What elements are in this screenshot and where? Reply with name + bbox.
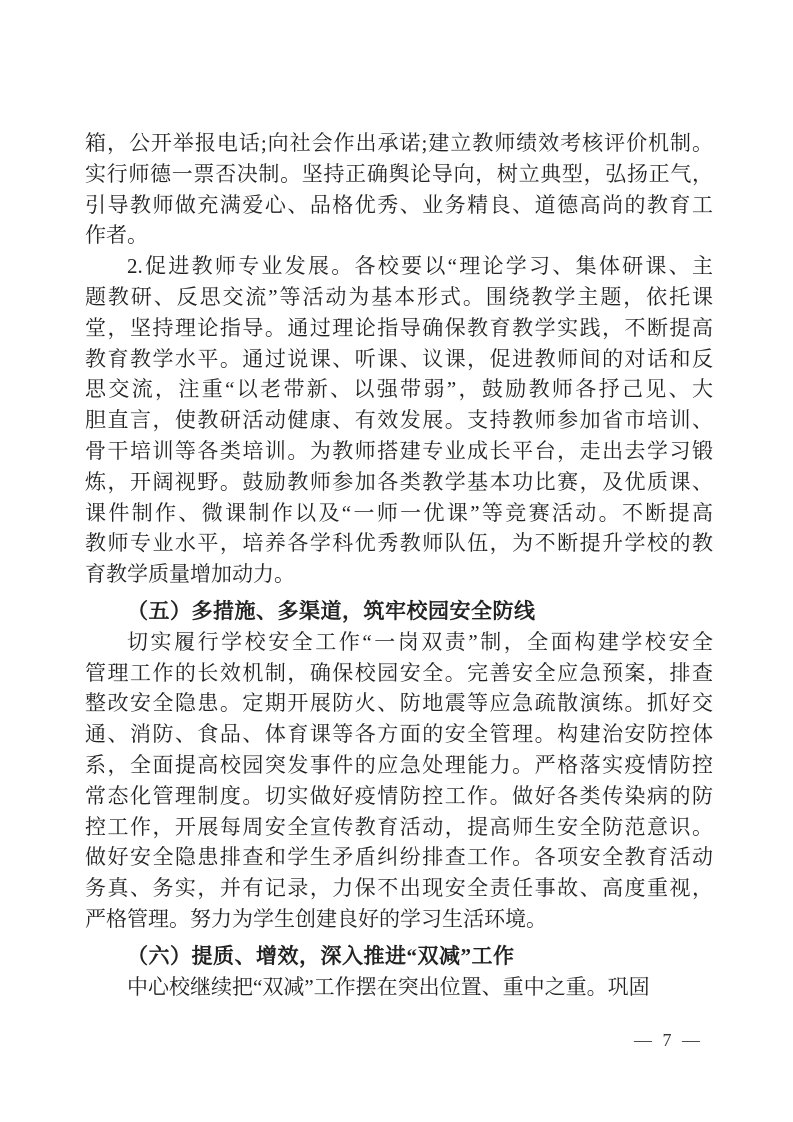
paragraph: 中心校继续把“双减”工作摆在突出位置、重中之重。巩固	[85, 972, 713, 1003]
text-line: 管理工作的长效机制，确保校园安全。完善安全应急预案，排查	[85, 658, 713, 689]
text-line: 整改安全隐患。定期开展防火、防地震等应急疏散演练。抓好交	[85, 688, 713, 719]
page-number: — 7 —	[634, 1030, 703, 1050]
text-line: 引导教师做充满爱心、品格优秀、业务精良、道德高尚的教育工	[85, 190, 713, 221]
text-line: 务真、务实，并有记录，力保不出现安全责任事故、高度重视，	[85, 873, 713, 904]
paragraph: 2.促进教师专业发展。各校要以“理论学习、集体研课、主题教研、反思交流”等活动为…	[85, 251, 713, 590]
text-line: 炼，开阔视野。鼓励教师参加各类教学基本功比赛，及优质课、	[85, 467, 713, 498]
document-body: 箱，公开举报电话;向社会作出承诺;建立教师绩效考核评价机制。实行师德一票否决制。…	[85, 128, 713, 1002]
text-line: 控工作，开展每周安全宣传教育活动，提高师生安全防范意识。	[85, 812, 713, 843]
text-line: 课件制作、微课制作以及“一师一优课”等竞赛活动。不断提高	[85, 498, 713, 529]
section-heading: （六）提质、增效，深入推进“双减”工作	[85, 941, 713, 972]
page-footer: — 7 —	[634, 1030, 703, 1051]
text-line: 常态化管理制度。切实做好疫情防控工作。做好各类传染病的防	[85, 781, 713, 812]
text-line: 2.促进教师专业发展。各校要以“理论学习、集体研课、主	[85, 251, 713, 282]
document-page: 箱，公开举报电话;向社会作出承诺;建立教师绩效考核评价机制。实行师德一票否决制。…	[0, 0, 793, 1122]
text-line: 育教学质量增加动力。	[85, 559, 713, 590]
text-line: （五）多措施、多渠道，筑牢校园安全防线	[85, 596, 713, 627]
text-line: 题教研、反思交流”等活动为基本形式。围绕教学主题，依托课	[85, 282, 713, 313]
text-line: 教师专业水平，培养各学科优秀教师队伍，为不断提升学校的教	[85, 528, 713, 559]
paragraph: 箱，公开举报电话;向社会作出承诺;建立教师绩效考核评价机制。实行师德一票否决制。…	[85, 128, 713, 251]
text-line: 切实履行学校安全工作“一岗双责”制，全面构建学校安全	[85, 627, 713, 658]
text-line: 实行师德一票否决制。坚持正确舆论导向，树立典型，弘扬正气，	[85, 159, 713, 190]
text-line: 通、消防、食品、体育课等各方面的安全管理。构建治安防控体	[85, 719, 713, 750]
text-line: （六）提质、增效，深入推进“双减”工作	[85, 941, 713, 972]
text-line: 作者。	[85, 220, 713, 251]
text-line: 严格管理。努力为学生创建良好的学习生活环境。	[85, 904, 713, 935]
section-heading: （五）多措施、多渠道，筑牢校园安全防线	[85, 596, 713, 627]
paragraph: 切实履行学校安全工作“一岗双责”制，全面构建学校安全管理工作的长效机制，确保校园…	[85, 627, 713, 935]
text-line: 箱，公开举报电话;向社会作出承诺;建立教师绩效考核评价机制。	[85, 128, 713, 159]
text-line: 胆直言，使教研活动健康、有效发展。支持教师参加省市培训、	[85, 405, 713, 436]
text-line: 做好安全隐患排查和学生矛盾纠纷排查工作。各项安全教育活动	[85, 842, 713, 873]
text-line: 思交流，注重“以老带新、以强带弱”，鼓励教师各抒己见、大	[85, 374, 713, 405]
text-line: 系，全面提高校园突发事件的应急处理能力。严格落实疫情防控	[85, 750, 713, 781]
text-line: 中心校继续把“双减”工作摆在突出位置、重中之重。巩固	[85, 972, 713, 1003]
text-line: 教育教学水平。通过说课、听课、议课，促进教师间的对话和反	[85, 344, 713, 375]
text-line: 骨干培训等各类培训。为教师搭建专业成长平台，走出去学习锻	[85, 436, 713, 467]
text-line: 堂，坚持理论指导。通过理论指导确保教育教学实践，不断提高	[85, 313, 713, 344]
